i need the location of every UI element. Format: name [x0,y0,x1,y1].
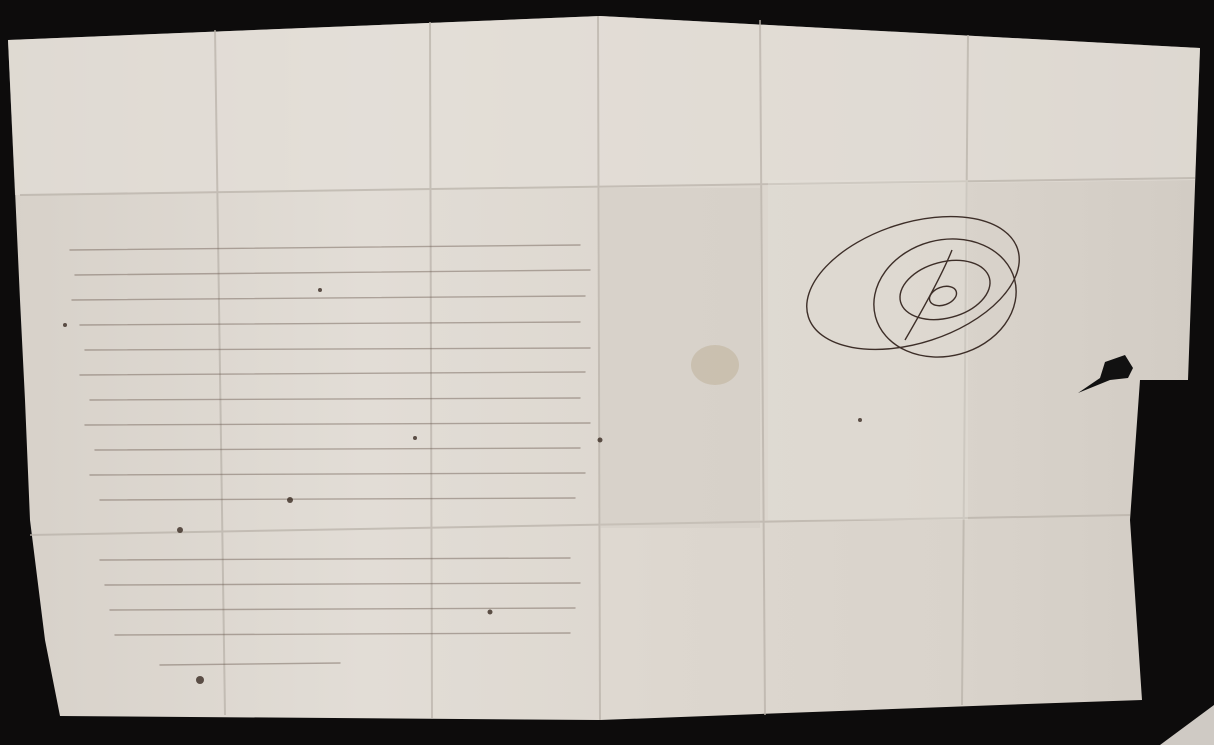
wax-seal-remnant [691,345,739,385]
letter-paper [0,0,1214,745]
photo-scene: Unfolded antique letter, reverse side, o… [0,0,1214,745]
